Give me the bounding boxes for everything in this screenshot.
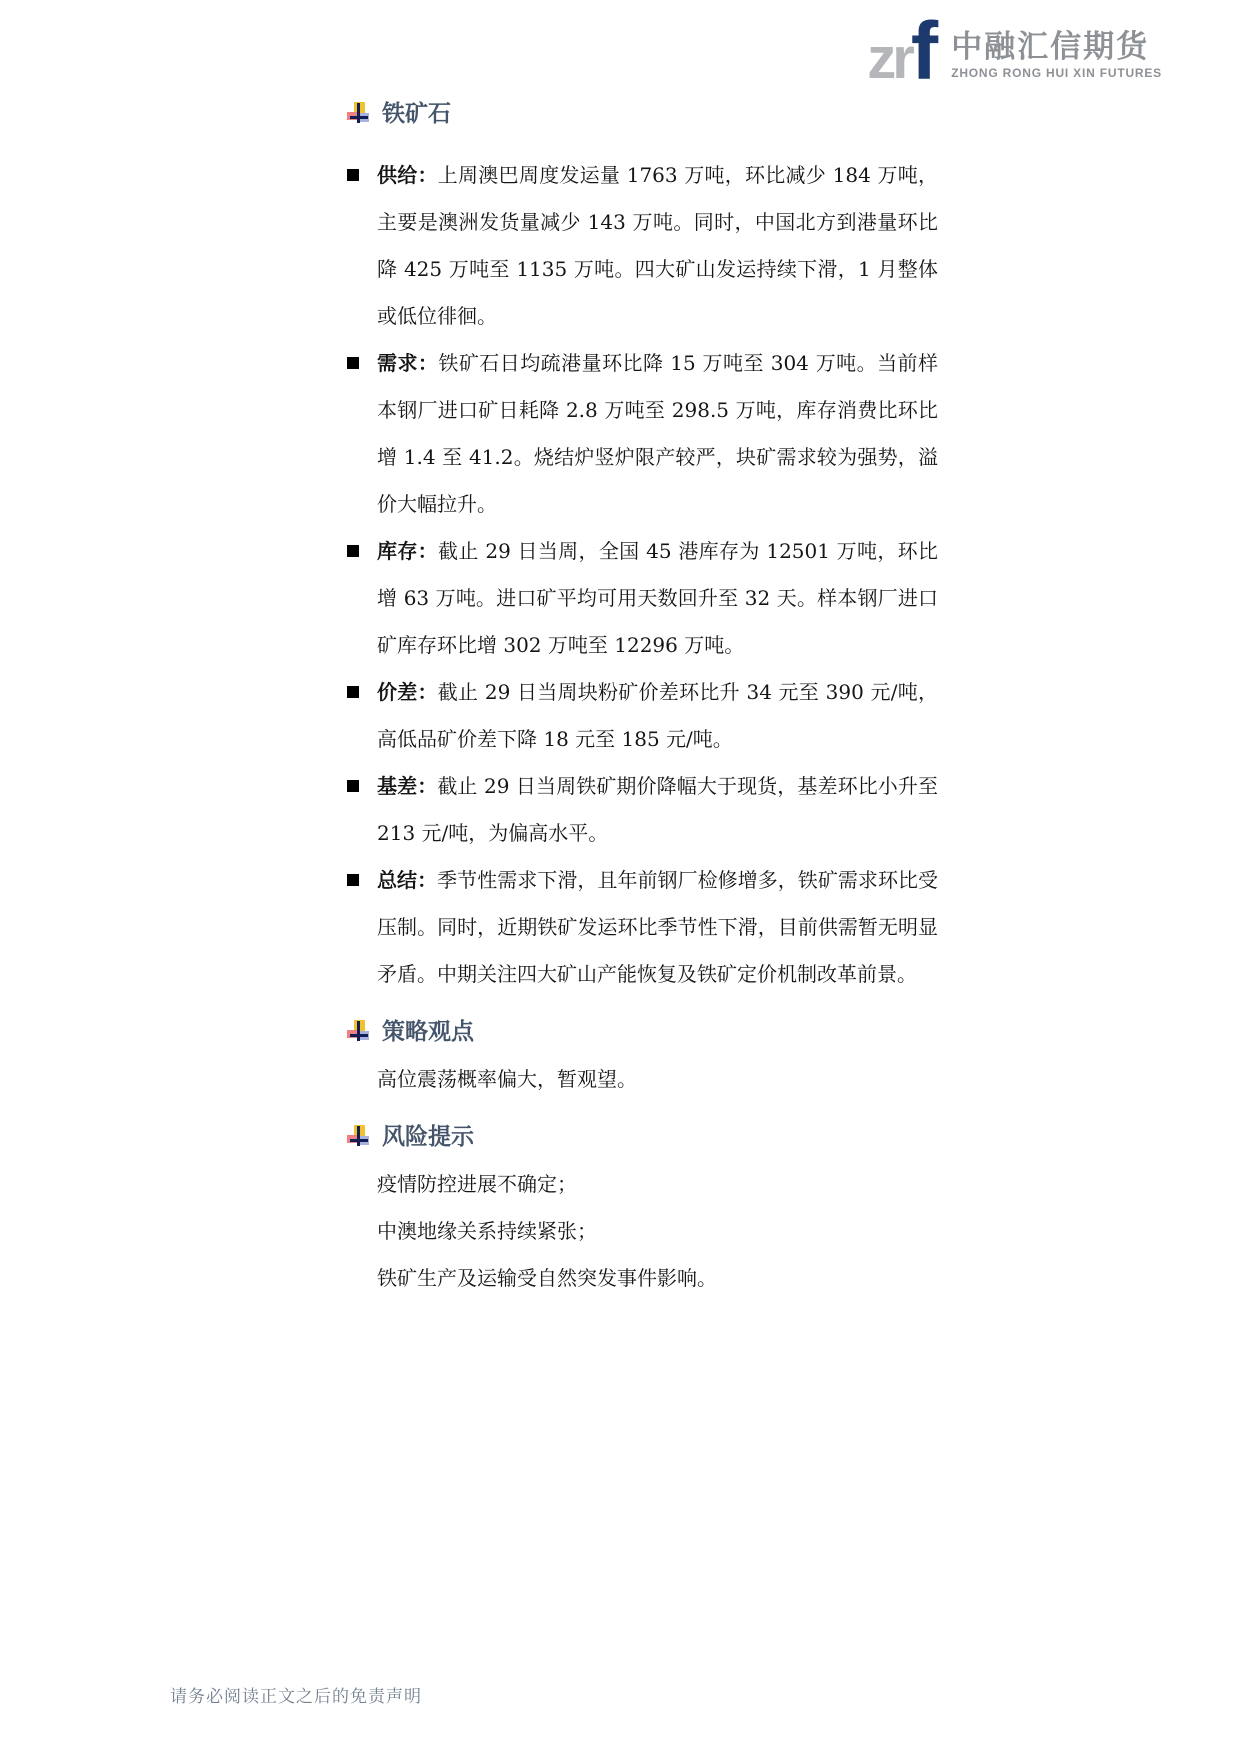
logo-zr-letters: zr	[867, 36, 911, 81]
section-heading-risk: 风险提示	[347, 1121, 938, 1151]
section-heading-strategy: 策略观点	[347, 1016, 938, 1046]
bullet-summary: 总结：季节性需求下滑，且年前钢厂检修增多，铁矿需求环比受压制。同时，近期铁矿发运…	[347, 857, 938, 998]
bullet-text: 铁矿石日均疏港量环比降 15 万吨至 304 万吨。当前样本钢厂进口矿日耗降 2…	[377, 351, 938, 516]
square-bullet-icon	[347, 874, 359, 886]
square-bullet-icon	[347, 686, 359, 698]
company-name-en: ZHONG RONG HUI XIN FUTURES	[951, 66, 1162, 80]
bullet-text: 截止 29 日当周，全国 45 港库存为 12501 万吨，环比增 63 万吨。…	[377, 539, 938, 657]
section-heading-iron-ore: 铁矿石	[347, 98, 938, 128]
company-logo: zrf 中融汇信期货 ZHONG RONG HUI XIN FUTURES	[867, 22, 1162, 81]
report-page: zrf 中融汇信期货 ZHONG RONG HUI XIN FUTURES 铁矿…	[0, 0, 1240, 1753]
bullet-label: 价差：	[377, 680, 438, 704]
square-bullet-icon	[347, 357, 359, 369]
bullet-text: 上周澳巴周度发运量 1763 万吨，环比减少 184 万吨，主要是澳洲发货量减少…	[377, 163, 938, 328]
bullet-label: 需求：	[377, 351, 438, 375]
logo-text-block: 中融汇信期货 ZHONG RONG HUI XIN FUTURES	[951, 31, 1162, 81]
section-title: 策略观点	[382, 1016, 474, 1046]
down-arrow-bullet-icon	[347, 102, 370, 125]
report-body: 铁矿石 供给：上周澳巴周度发运量 1763 万吨，环比减少 184 万吨，主要是…	[347, 98, 938, 1302]
risk-item: 铁矿生产及运输受自然突发事件影响。	[347, 1255, 938, 1302]
bullet-text: 截止 29 日当周块粉矿价差环比升 34 元至 390 元/吨，高低品矿价差下降…	[377, 680, 938, 751]
bullet-demand: 需求：铁矿石日均疏港量环比降 15 万吨至 304 万吨。当前样本钢厂进口矿日耗…	[347, 340, 938, 528]
down-arrow-bullet-icon	[347, 1020, 370, 1043]
bullet-inventory: 库存：截止 29 日当周，全国 45 港库存为 12501 万吨，环比增 63 …	[347, 528, 938, 669]
strategy-text: 高位震荡概率偏大，暂观望。	[347, 1056, 938, 1103]
square-bullet-icon	[347, 780, 359, 792]
section-title: 风险提示	[382, 1121, 474, 1151]
section-title: 铁矿石	[382, 98, 451, 128]
square-bullet-icon	[347, 545, 359, 557]
square-bullet-icon	[347, 169, 359, 181]
company-name-cn: 中融汇信期货	[951, 31, 1162, 62]
down-arrow-bullet-icon	[347, 1125, 370, 1148]
bullet-text: 截止 29 日当周铁矿期价降幅大于现货，基差环比小升至 213 元/吨，为偏高水…	[377, 774, 938, 845]
bullet-label: 总结：	[377, 868, 437, 892]
bullet-basis: 基差：截止 29 日当周铁矿期价降幅大于现货，基差环比小升至 213 元/吨，为…	[347, 763, 938, 857]
bullet-supply: 供给：上周澳巴周度发运量 1763 万吨，环比减少 184 万吨，主要是澳洲发货…	[347, 152, 938, 340]
bullet-price-spread: 价差：截止 29 日当周块粉矿价差环比升 34 元至 390 元/吨，高低品矿价…	[347, 669, 938, 763]
bullet-label: 供给：	[377, 163, 438, 187]
bullet-label: 基差：	[377, 774, 437, 798]
risk-item: 中澳地缘关系持续紧张；	[347, 1208, 938, 1255]
bullet-label: 库存：	[377, 539, 438, 563]
logo-mark: zrf	[867, 22, 938, 81]
bullet-text: 季节性需求下滑，且年前钢厂检修增多，铁矿需求环比受压制。同时，近期铁矿发运环比季…	[377, 868, 938, 986]
footer-disclaimer: 请务必阅读正文之后的免责声明	[170, 1682, 422, 1707]
risk-item: 疫情防控进展不确定；	[347, 1161, 938, 1208]
logo-f-letter: f	[911, 22, 938, 81]
